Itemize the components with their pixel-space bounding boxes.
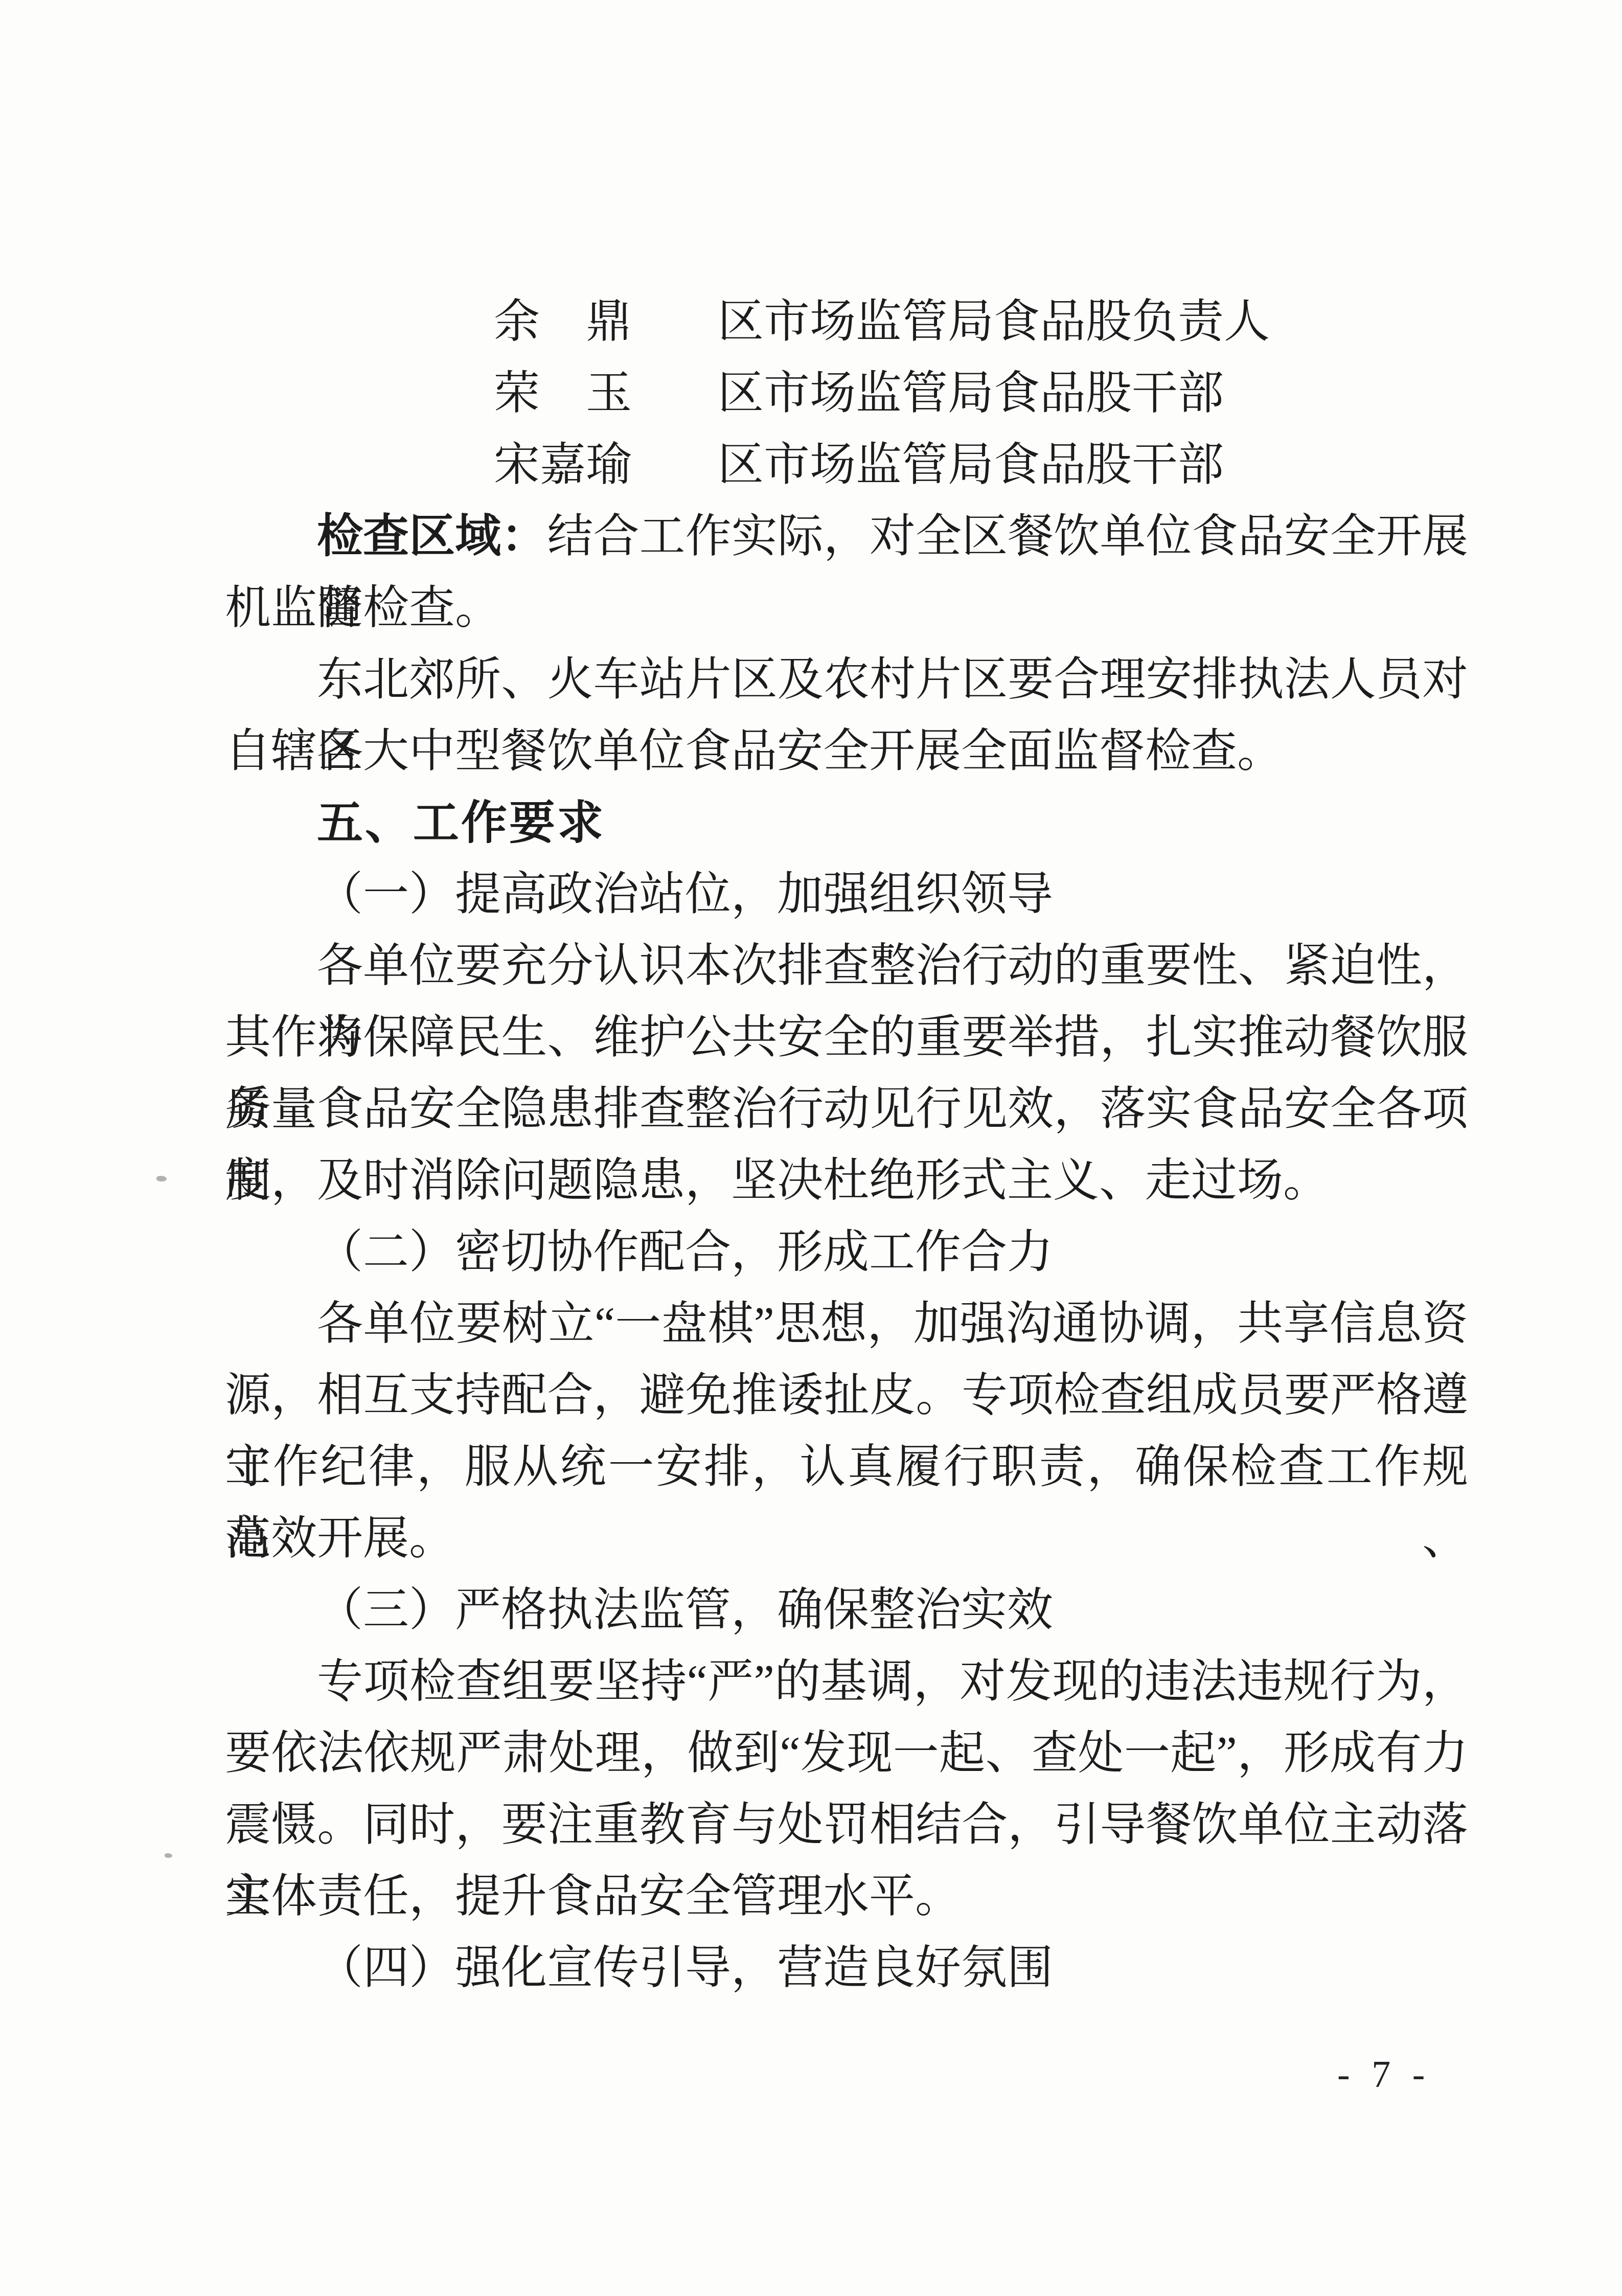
inspection-area-label: 检查区域： [317,511,547,562]
personnel-name: 余 鼎 [494,286,637,358]
body-line: 质量食品安全隐患排查整治行动见行见效，落实食品安全各项制 [225,1074,1468,1145]
personnel-title: 区市场监管局食品股干部 [718,429,1224,501]
sub-heading-2: （二）密切协作配合，形成工作合力 [225,1217,1468,1288]
personnel-name: 荣 玉 [494,358,637,429]
body-line: 其作为保障民生、维护公共安全的重要举措，扎实推动餐饮服务 [225,1002,1468,1074]
body-line: 主体责任，提升食品安全管理水平。 [225,1861,1468,1933]
body-line: 工作纪律，服从统一安排，认真履行职责，确保检查工作规范、 [225,1431,1468,1503]
personnel-name: 宋嘉瑜 [494,429,637,501]
sub-heading-1: （一）提高政治站位，加强组织领导 [225,859,1468,930]
deployment-line: 自辖区大中型餐饮单位食品安全开展全面监督检查。 [225,716,1468,787]
personnel-row: 荣 玉 区市场监管局食品股干部 [225,358,1468,429]
body-line: 要依法依规严肃处理，做到“发现一起、查处一起”，形成有力 [225,1718,1468,1789]
inspection-area-line: 机监督检查。 [225,573,1468,644]
document-page: 余 鼎 区市场监管局食品股负责人 荣 玉 区市场监管局食品股干部 宋嘉瑜 区市场… [0,0,1622,2296]
body-line: 各单位要树立“一盘棋”思想，加强沟通协调，共享信息资 [225,1288,1468,1360]
body-line: 专项检查组要坚持“严”的基调，对发现的违法违规行为， [225,1646,1468,1718]
sub-heading-3: （三）严格执法监管，确保整治实效 [225,1575,1468,1646]
personnel-title: 区市场监管局食品股负责人 [718,286,1270,358]
body-line: 震慑。同时，要注重教育与处罚相结合，引导餐饮单位主动落实 [225,1789,1468,1861]
personnel-row: 余 鼎 区市场监管局食品股负责人 [225,286,1468,358]
page-number: - 7 - [1337,2053,1431,2097]
inspection-area-line: 检查区域：结合工作实际，对全区餐饮单位食品安全开展随 [225,501,1468,573]
deployment-line: 东北郊所、火车站片区及农村片区要合理安排执法人员对各 [225,644,1468,716]
scan-speck [156,1176,167,1181]
body-line: 源，相互支持配合，避免推诿扯皮。专项检查组成员要严格遵守 [225,1360,1468,1431]
section-heading: 五、工作要求 [225,787,1468,859]
body-line: 度，及时消除问题隐患，坚决杜绝形式主义、走过场。 [225,1145,1468,1217]
sub-heading-4: （四）强化宣传引导，营造良好氛围 [225,1933,1468,2004]
document-body: 余 鼎 区市场监管局食品股负责人 荣 玉 区市场监管局食品股干部 宋嘉瑜 区市场… [225,286,1468,2004]
personnel-title: 区市场监管局食品股干部 [718,358,1224,429]
scan-speck [165,1853,172,1858]
personnel-row: 宋嘉瑜 区市场监管局食品股干部 [225,429,1468,501]
body-line: 各单位要充分认识本次排查整治行动的重要性、紧迫性，将 [225,930,1468,1002]
